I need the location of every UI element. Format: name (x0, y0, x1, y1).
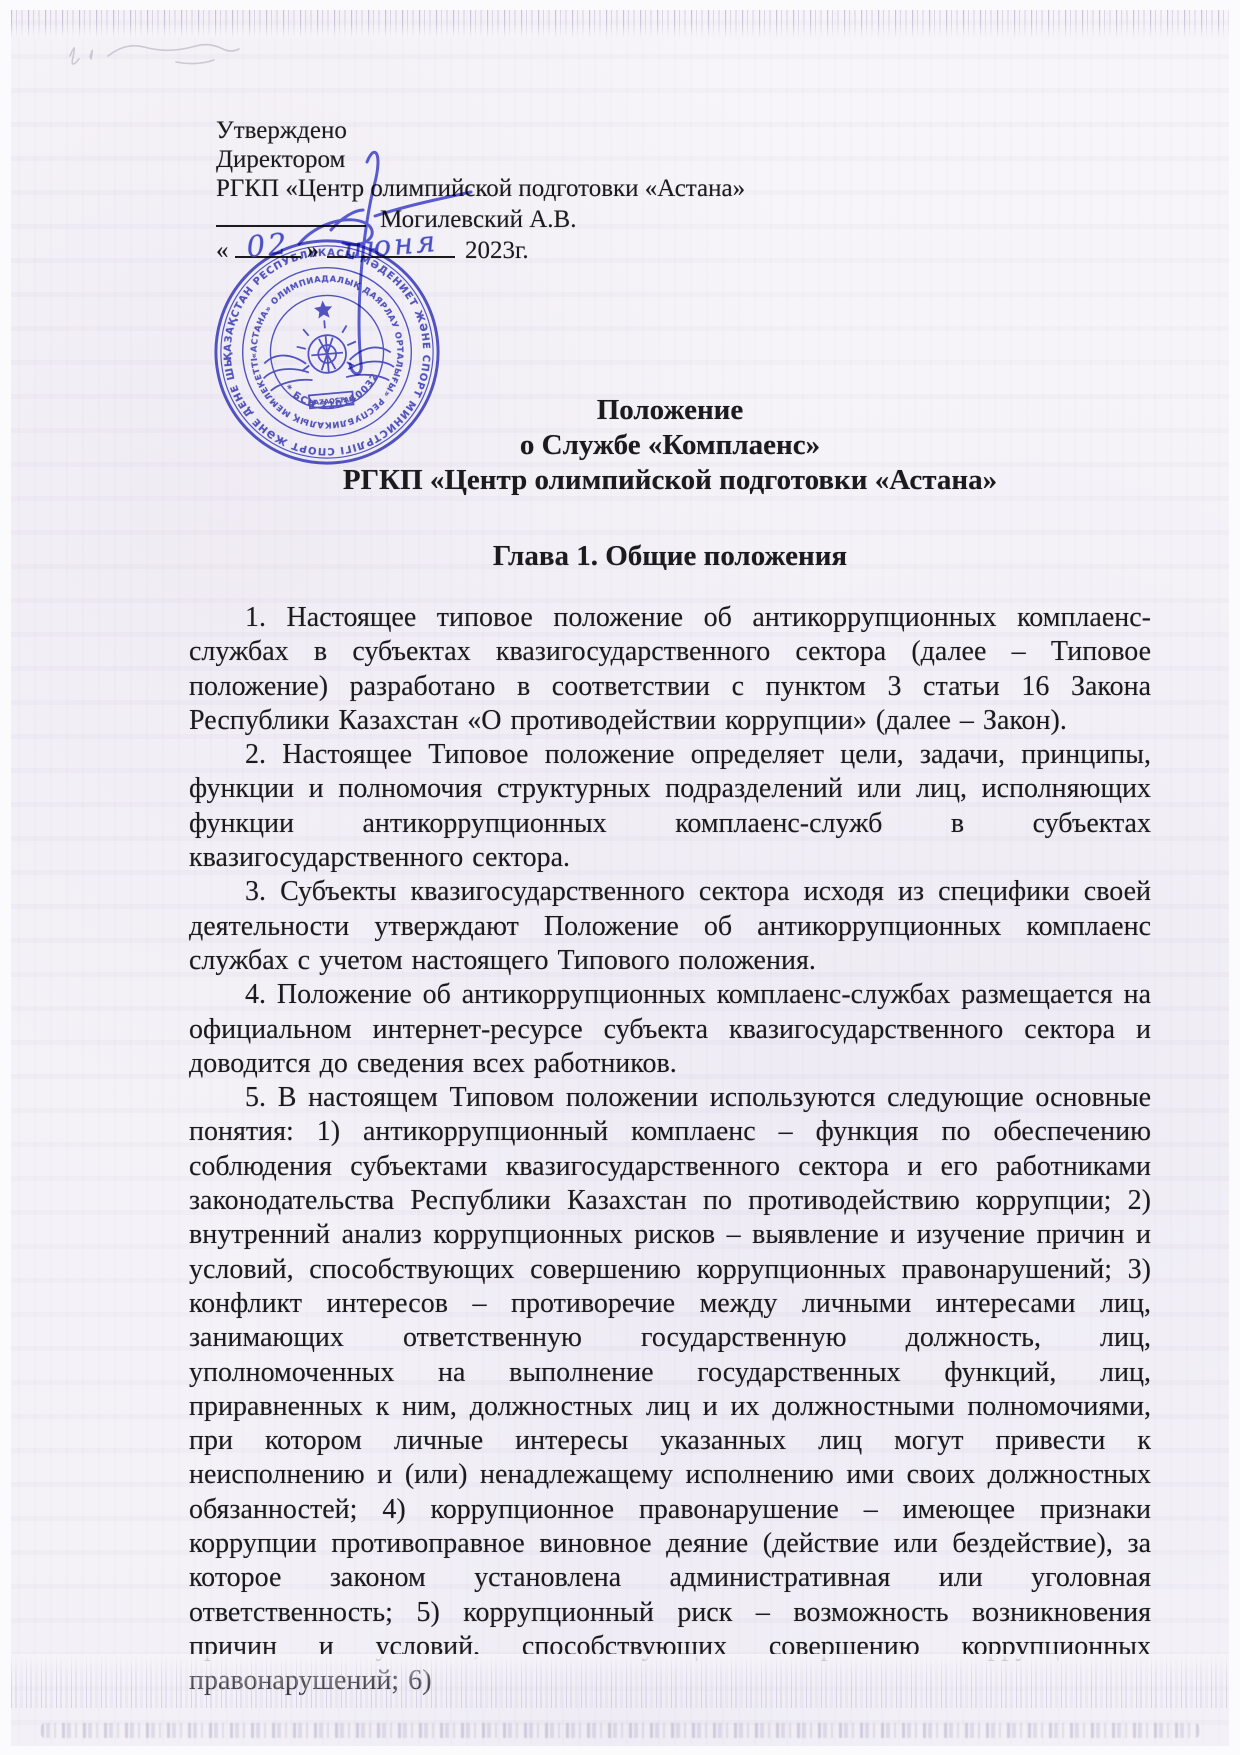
paragraph-2: 2. Настоящее Типовое положение определяе… (189, 738, 1151, 875)
title-line-3: РГКП «Центр олимпийской подготовки «Аста… (189, 463, 1151, 498)
title-line-2: о Службе «Комплаенс» (189, 428, 1151, 463)
pencil-scribble (56, 26, 266, 82)
title-line-1: Положение (189, 393, 1151, 428)
signature-stroke (271, 126, 495, 392)
scanned-page: Утверждено Директором РГКП «Центр олимпи… (11, 10, 1229, 1746)
document-body: 1. Настоящее типовое положение об антико… (189, 601, 1151, 1699)
document-title: Положение о Службе «Комплаенс» РГКП «Цен… (189, 393, 1151, 498)
paragraph-4: 4. Положение об антикоррупционных компла… (189, 978, 1151, 1081)
chapter-heading: Глава 1. Общие положения (189, 540, 1151, 573)
paragraph-1: 1. Настоящее типовое положение об антико… (189, 601, 1151, 738)
scan-noise-strip (41, 1723, 1199, 1738)
paragraph-5: 5. В настоящем Типовом положении использ… (189, 1081, 1151, 1698)
paragraph-3: 3. Субъекты квазигосударственного сектор… (189, 875, 1151, 978)
